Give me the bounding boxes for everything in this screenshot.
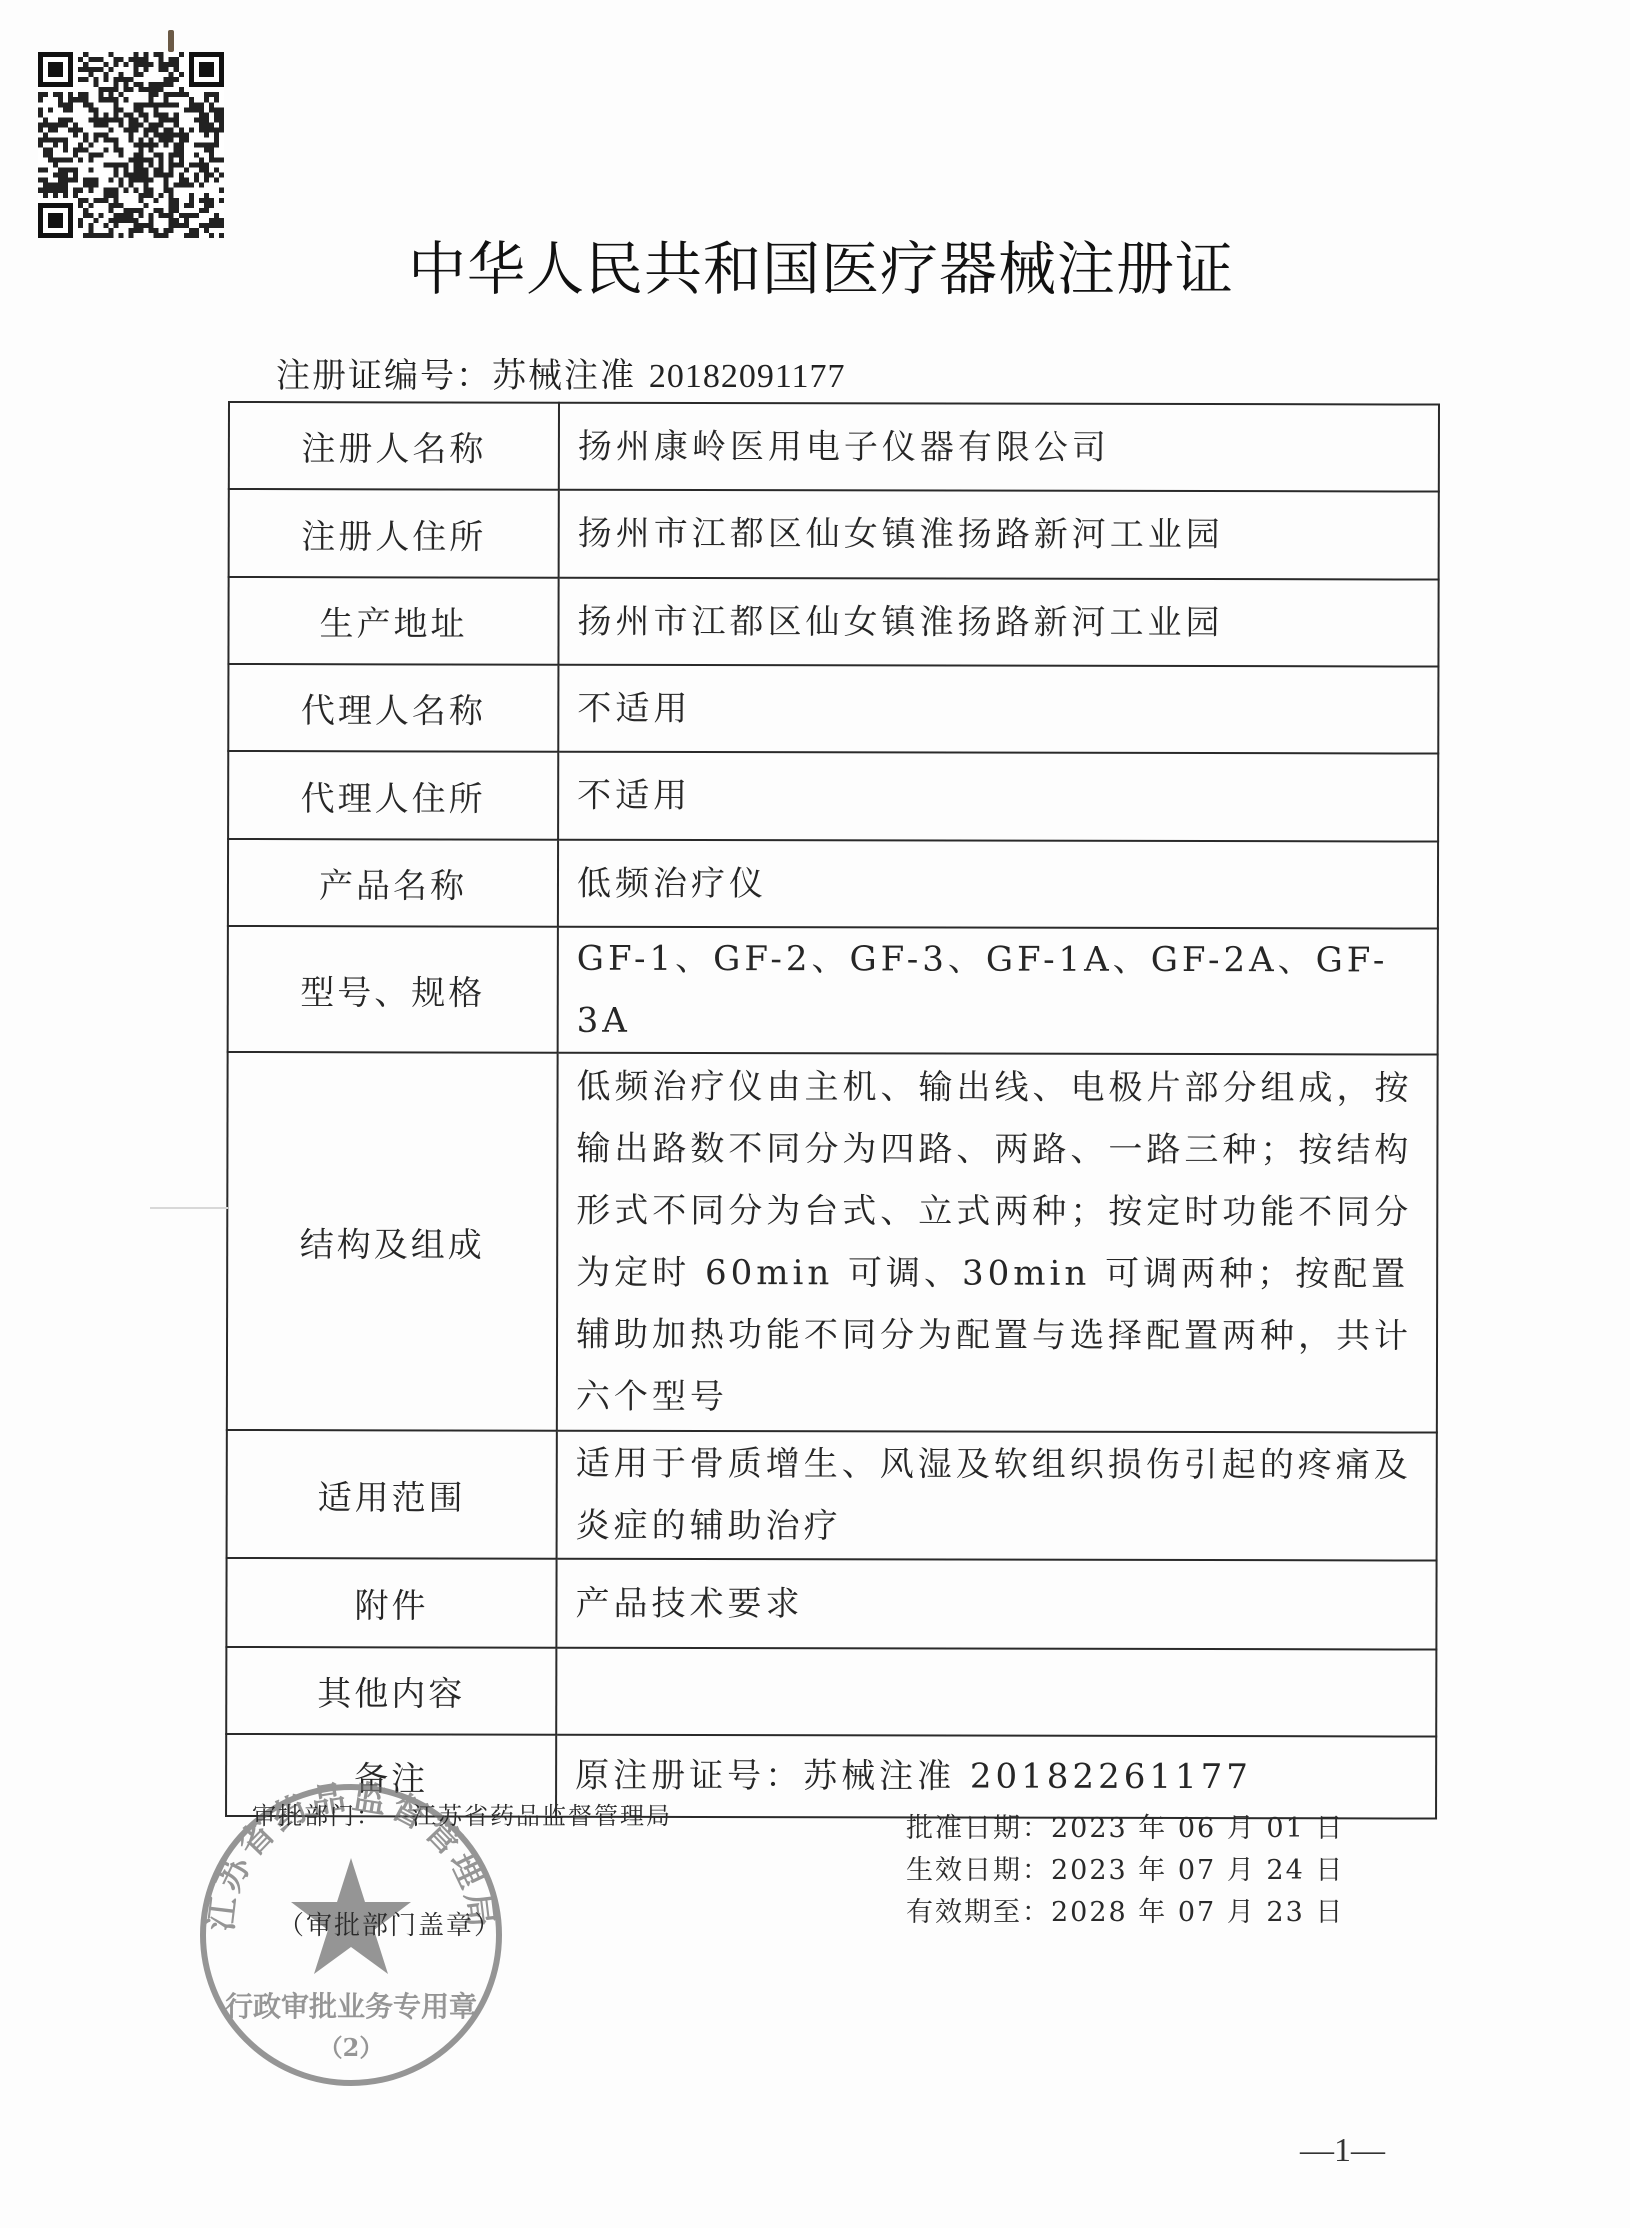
qr-code-icon — [38, 52, 224, 238]
registration-number-label: 注册证编号： — [276, 356, 492, 396]
table-row: 产品名称低频治疗仪 — [228, 839, 1438, 929]
table-row: 代理人名称不适用 — [228, 664, 1438, 754]
effective-date: 生效日期：2023 年 07 月 24 日 — [906, 1850, 1344, 1892]
row-label: 代理人名称 — [228, 664, 558, 752]
row-label: 结构及组成 — [227, 1052, 558, 1431]
registration-number: 注册证编号：苏械注准 20182091177 — [276, 348, 846, 397]
row-label: 代理人住所 — [228, 751, 558, 840]
row-value: 适用于骨质增生、风湿及软组织损伤引起的疼痛及炎症的辅助治疗 — [557, 1431, 1437, 1561]
certificate-table: 注册人名称扬州康岭医用电子仪器有限公司注册人住所扬州市江都区仙女镇淮扬路新河工业… — [225, 401, 1440, 1820]
table-row: 型号、规格GF-1、GF-2、GF-3、GF-1A、GF-2A、GF-3A — [228, 926, 1438, 1055]
row-label: 产品名称 — [228, 839, 558, 927]
row-value — [556, 1648, 1436, 1737]
row-label: 附件 — [226, 1558, 556, 1648]
row-value: 扬州市江都区仙女镇淮扬路新河工业园 — [559, 490, 1439, 580]
qr-code[interactable] — [38, 52, 224, 238]
approval-date: 批准日期：2023 年 06 月 01 日 — [906, 1808, 1344, 1850]
row-label: 型号、规格 — [228, 926, 558, 1053]
row-value: GF-1、GF-2、GF-3、GF-1A、GF-2A、GF-3A — [558, 927, 1438, 1055]
page-title: 中华人民共和国医疗器械注册证 — [408, 222, 1258, 306]
registration-number-prefix: 苏械注准 — [492, 356, 636, 396]
row-value: 产品技术要求 — [556, 1559, 1436, 1650]
row-label: 注册人名称 — [229, 402, 559, 490]
scan-artifact — [150, 1207, 228, 1209]
row-label: 注册人住所 — [229, 489, 559, 578]
table-row: 适用范围适用于骨质增生、风湿及软组织损伤引起的疼痛及炎症的辅助治疗 — [227, 1430, 1437, 1561]
row-value: 扬州康岭医用电子仪器有限公司 — [559, 403, 1439, 492]
registration-number-value: 20182091177 — [649, 358, 846, 395]
row-value: 原注册证号：苏械注准 20182261177 — [556, 1735, 1436, 1819]
expiry-date: 有效期至：2028 年 07 月 23 日 — [906, 1892, 1344, 1934]
approval-department-value: 江苏省药品监督管理局 — [412, 1802, 672, 1830]
row-label: 其他内容 — [226, 1647, 556, 1735]
table-row: 结构及组成低频治疗仪由主机、输出线、电极片部分组成，按输出路数不同分为四路、两路… — [227, 1052, 1438, 1433]
approval-department-label: 审批部门： — [252, 1802, 382, 1830]
table-row: 注册人名称扬州康岭医用电子仪器有限公司 — [229, 402, 1439, 492]
svg-text:（2）: （2） — [319, 2033, 384, 2062]
row-value: 不适用 — [558, 752, 1438, 842]
row-value: 不适用 — [558, 665, 1438, 754]
row-value: 扬州市江都区仙女镇淮扬路新河工业园 — [558, 578, 1438, 667]
dates-block: 批准日期：2023 年 06 月 01 日 生效日期：2023 年 07 月 2… — [906, 1808, 1344, 1934]
table-row: 生产地址扬州市江都区仙女镇淮扬路新河工业园 — [228, 577, 1438, 667]
svg-text:行政审批业务专用章: 行政审批业务专用章 — [225, 1990, 477, 2023]
page-number: —1— — [1300, 2132, 1385, 2170]
staple-mark — [168, 30, 174, 52]
row-value: 低频治疗仪 — [558, 840, 1438, 929]
table-row: 注册人住所扬州市江都区仙女镇淮扬路新河工业园 — [229, 489, 1439, 580]
table-row: 代理人住所不适用 — [228, 751, 1438, 842]
row-label: 生产地址 — [228, 577, 558, 665]
table-row: 附件产品技术要求 — [226, 1558, 1436, 1650]
stamp-placeholder: （审批部门盖章） — [278, 1905, 502, 1942]
row-label: 适用范围 — [227, 1430, 557, 1559]
row-value: 低频治疗仪由主机、输出线、电极片部分组成，按输出路数不同分为四路、两路、一路三种… — [557, 1053, 1438, 1433]
approval-department: 审批部门：江苏省药品监督管理局 — [252, 1796, 672, 1831]
table-row: 其他内容 — [226, 1647, 1436, 1737]
